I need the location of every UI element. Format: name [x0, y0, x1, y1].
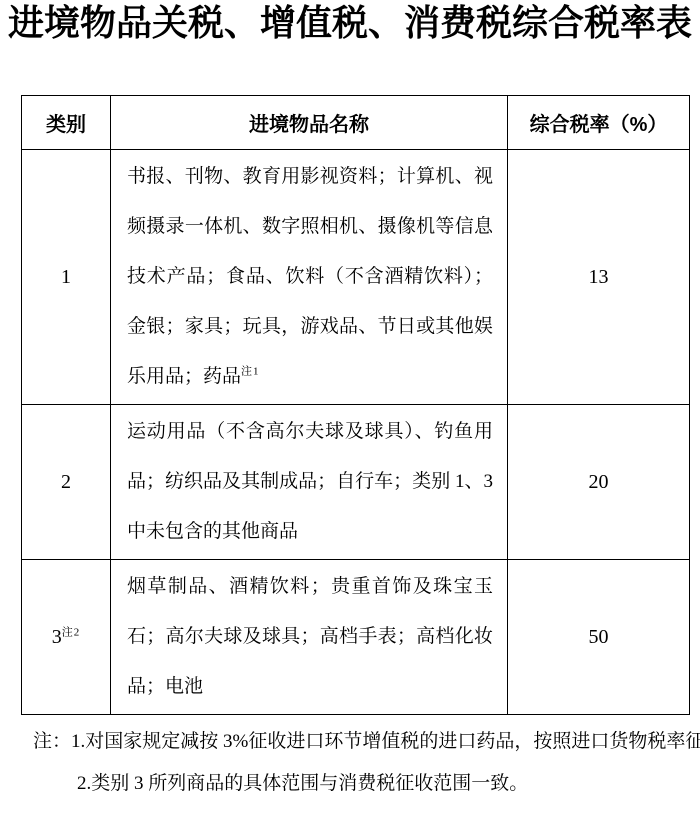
footnote-text: 1.对国家规定减按 3%征收进口环节增值税的进口药品，按照进口货物税率征税。 — [71, 731, 700, 752]
rate-cell: 20 — [508, 405, 690, 560]
category-cell: 3注2 — [22, 560, 111, 715]
footnote-label: 注： — [33, 731, 71, 752]
item-name-text: 烟草制品、酒精饮料；贵重首饰及珠宝玉石；高尔夫球及球具；高档手表；高档化妆品；电… — [127, 576, 493, 697]
header-category: 类别 — [22, 96, 111, 150]
category-note-ref: 注2 — [62, 626, 81, 638]
category-number: 2 — [61, 471, 71, 493]
item-name-text: 运动用品（不含高尔夫球及球具）、钓鱼用品；纺织品及其制成品；自行车；类别 1、3… — [127, 421, 493, 542]
table-row-category-1: 1 书报、刊物、教育用影视资料；计算机、视频摄录一体机、数字照相机、摄像机等信息… — [22, 150, 690, 405]
category-number: 3 — [52, 626, 62, 648]
rate-cell: 13 — [508, 150, 690, 405]
item-name-cell: 书报、刊物、教育用影视资料；计算机、视频摄录一体机、数字照相机、摄像机等信息技术… — [111, 150, 508, 405]
item-name-cell: 烟草制品、酒精饮料；贵重首饰及珠宝玉石；高尔夫球及球具；高档手表；高档化妆品；电… — [111, 560, 508, 715]
header-item-name: 进境物品名称 — [111, 96, 508, 150]
tax-rate-table: 类别 进境物品名称 综合税率（%） 1 书报、刊物、教育用影视资料；计算机、视频… — [21, 95, 690, 715]
category-cell: 1 — [22, 150, 111, 405]
footnote-2: 2.类别 3 所列商品的具体范围与消费税征收范围一致。 — [77, 771, 528, 797]
category-number: 1 — [61, 266, 71, 288]
header-rate: 综合税率（%） — [508, 96, 690, 150]
category-cell: 2 — [22, 405, 111, 560]
document-page: 进境物品关税、增值税、消费税综合税率表 类别 进境物品名称 综合税率（%） 1 … — [0, 0, 700, 814]
item-name-cell: 运动用品（不含高尔夫球及球具）、钓鱼用品；纺织品及其制成品；自行车；类别 1、3… — [111, 405, 508, 560]
footnote-1: 注：1.对国家规定减按 3%征收进口环节增值税的进口药品，按照进口货物税率征税。 — [33, 729, 700, 755]
page-title: 进境物品关税、增值税、消费税综合税率表 — [0, 2, 700, 44]
table-row-category-2: 2 运动用品（不含高尔夫球及球具）、钓鱼用品；纺织品及其制成品；自行车；类别 1… — [22, 405, 690, 560]
table-row-category-3: 3注2 烟草制品、酒精饮料；贵重首饰及珠宝玉石；高尔夫球及球具；高档手表；高档化… — [22, 560, 690, 715]
item-note-ref: 注1 — [241, 366, 260, 378]
footnote-text: 2.类别 3 所列商品的具体范围与消费税征收范围一致。 — [77, 773, 528, 794]
table-header-row: 类别 进境物品名称 综合税率（%） — [22, 96, 690, 150]
rate-cell: 50 — [508, 560, 690, 715]
item-name-text: 书报、刊物、教育用影视资料；计算机、视频摄录一体机、数字照相机、摄像机等信息技术… — [127, 166, 493, 387]
